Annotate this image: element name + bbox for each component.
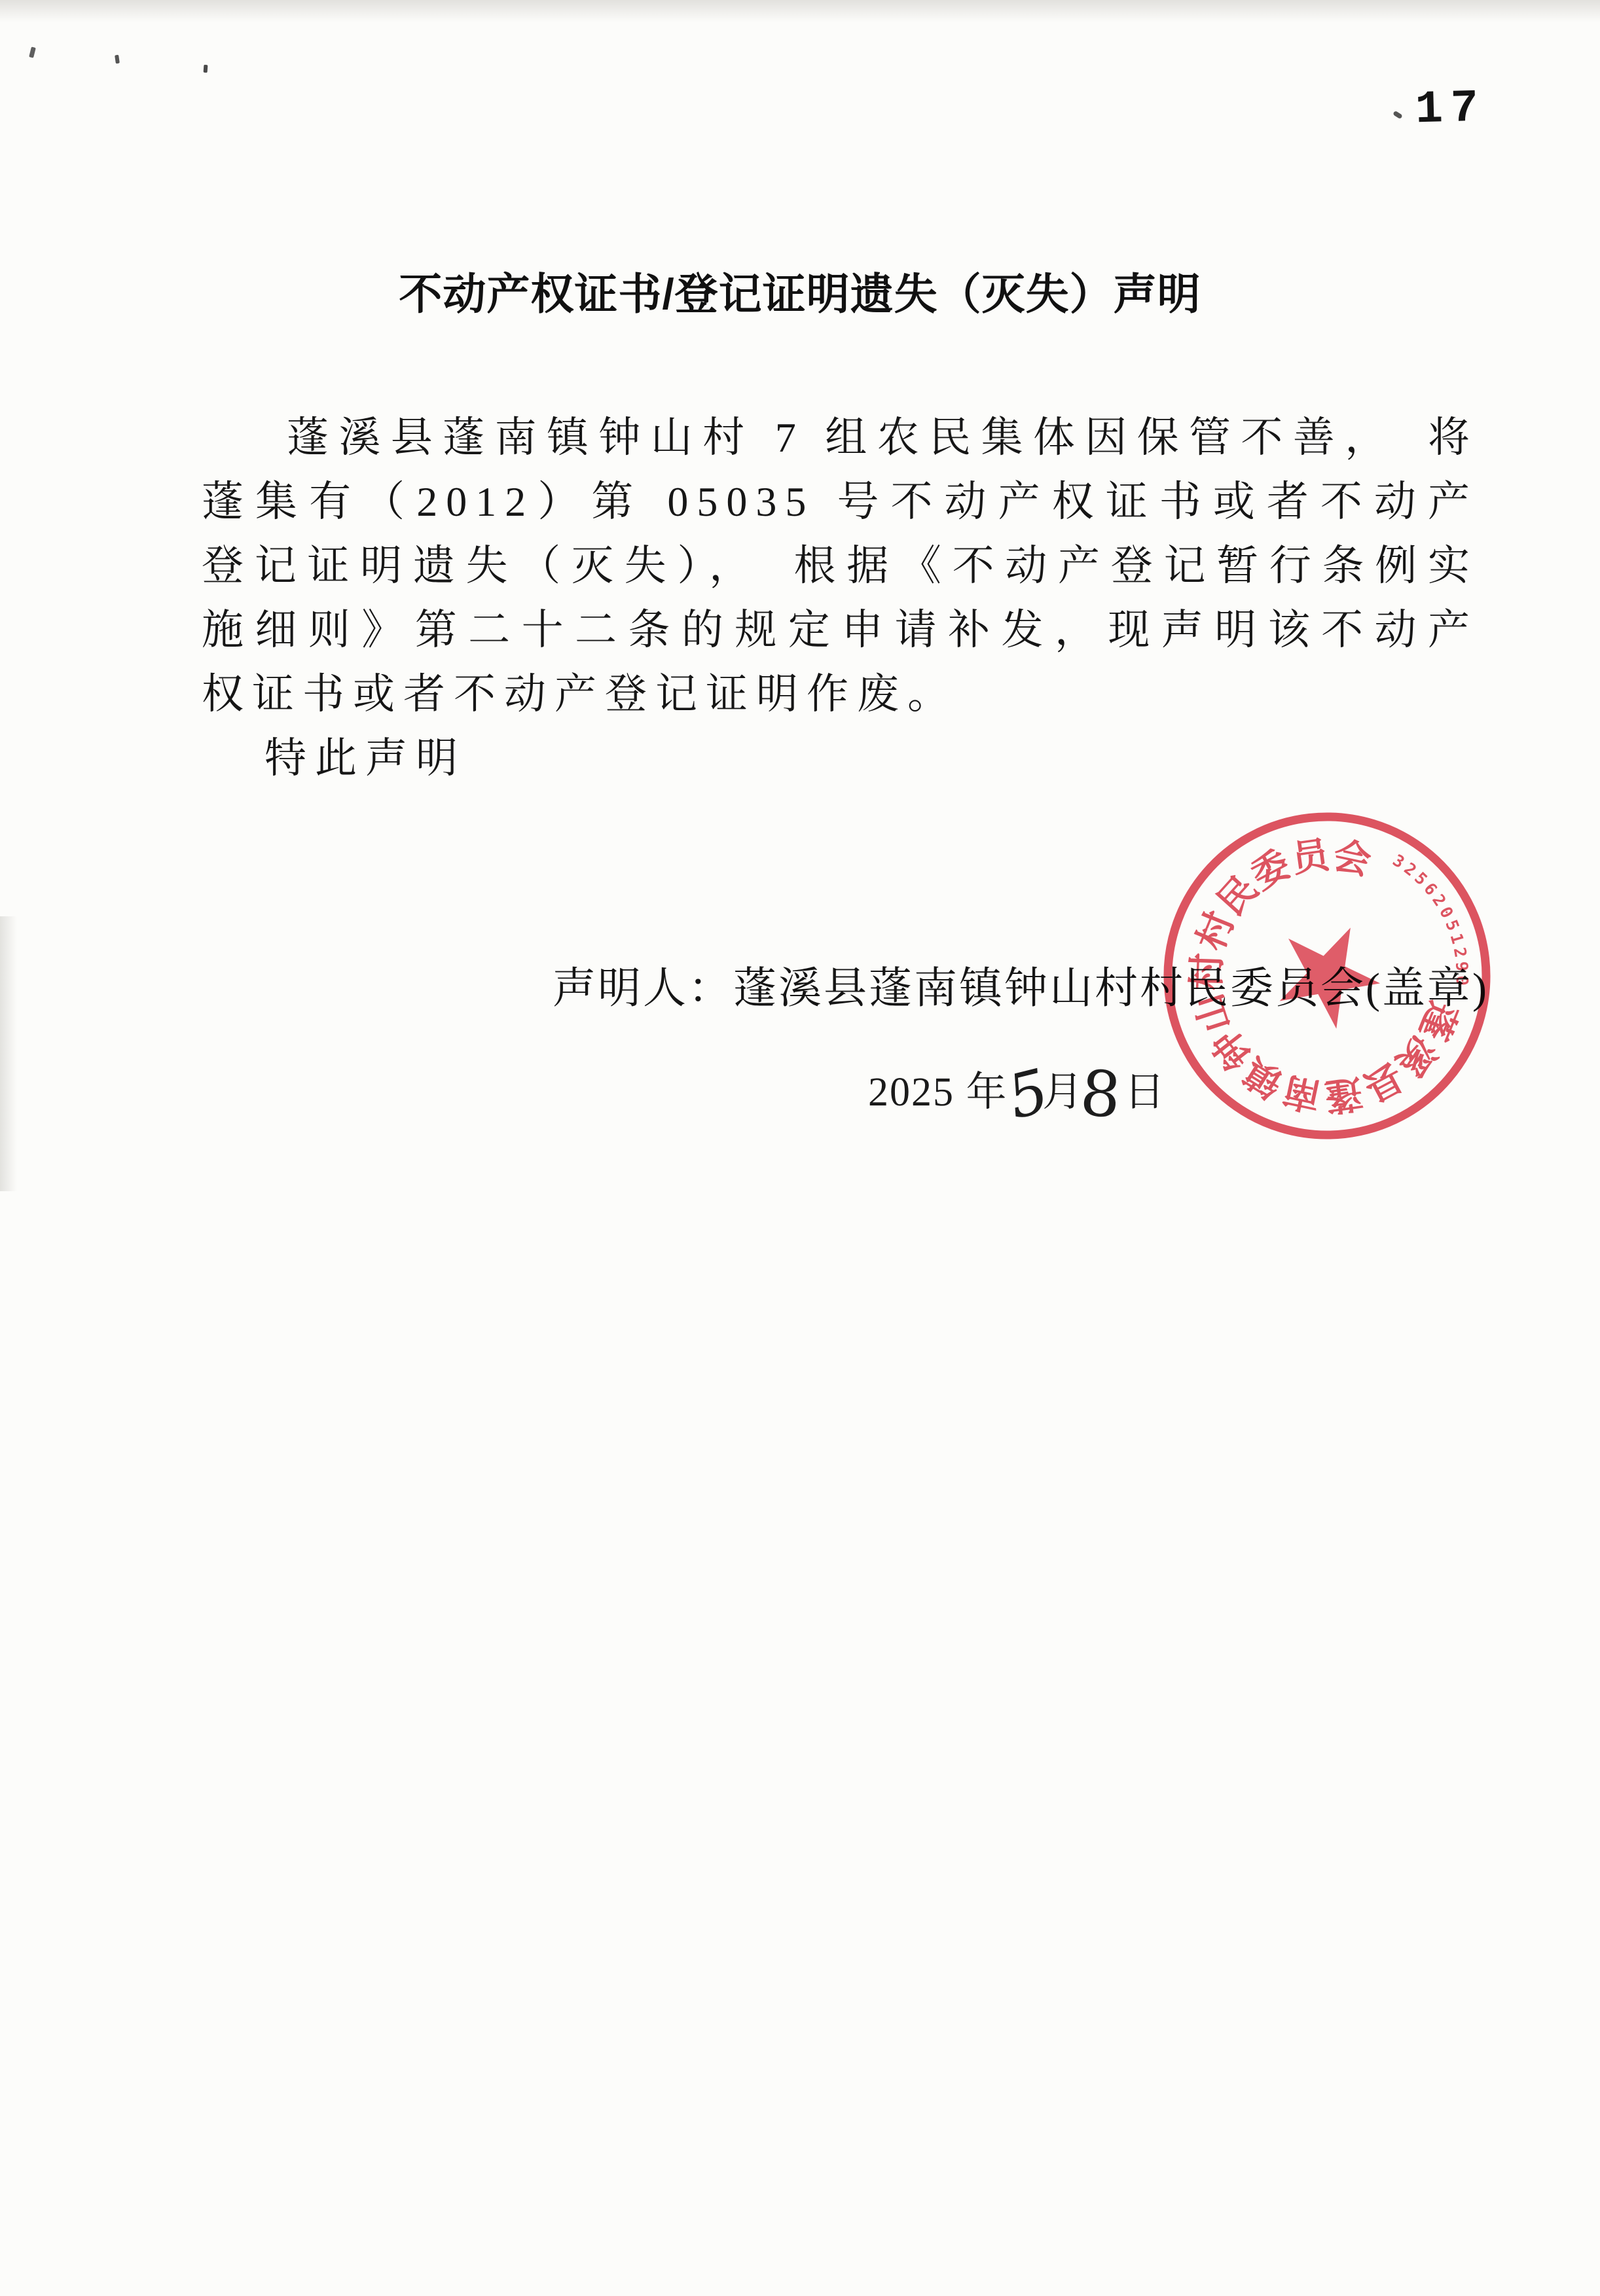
svg-text:5: 5 bbox=[1442, 917, 1463, 933]
scanned-document-page: 17 不动产权证书/登记证明遗失（灭失）声明 蓬溪县蓬南镇钟山村 7 组农民集体… bbox=[0, 0, 1600, 2296]
document-title: 不动产权证书/登记证明遗失（灭失）声明 bbox=[0, 259, 1600, 321]
scan-artifact-top-band bbox=[0, 0, 1600, 22]
body-line: 权证书或者不动产登记证明作废。 bbox=[202, 662, 1478, 726]
date-line: 2025 年5月8日 bbox=[868, 1059, 1166, 1117]
ink-speck bbox=[115, 55, 120, 64]
ink-speck bbox=[1392, 111, 1403, 119]
body-paragraph: 蓬溪县蓬南镇钟山村 7 组农民集体因保管不善， 将 蓬集有（2012）第 050… bbox=[202, 406, 1478, 791]
body-line: 登记证明遗失（灭失）， 根据《不动产登记暂行条例实 bbox=[202, 534, 1478, 598]
svg-text:村: 村 bbox=[1186, 952, 1229, 991]
body-line: 蓬集有（2012）第 05035 号不动产权证书或者不动产 bbox=[202, 470, 1478, 534]
page-number: 17 bbox=[1415, 83, 1487, 137]
svg-text:1: 1 bbox=[1446, 931, 1467, 946]
svg-text:0: 0 bbox=[1453, 975, 1472, 986]
handwritten-month-digit: 5 bbox=[1009, 1090, 1047, 1100]
ink-speck bbox=[29, 46, 36, 58]
scan-artifact-left-shade bbox=[0, 916, 17, 1191]
handwritten-day-digit: 8 bbox=[1081, 1092, 1122, 1096]
ink-speck bbox=[204, 65, 208, 73]
date-year-part: 2025 年 bbox=[868, 1070, 1008, 1115]
svg-text:蓬: 蓬 bbox=[1322, 1071, 1365, 1117]
closing-line: 特此声明 bbox=[202, 726, 1478, 791]
official-red-seal: 蓬溪县蓬南镇钟山村村民委员会 09215026523 bbox=[1157, 806, 1497, 1146]
svg-text:会: 会 bbox=[1330, 835, 1375, 883]
body-line: 蓬溪县蓬南镇钟山村 7 组农民集体因保管不善， 将 bbox=[202, 406, 1478, 470]
svg-text:2: 2 bbox=[1450, 946, 1470, 959]
body-line: 施细则》第二十二条的规定申请补发，现声明该不动产 bbox=[202, 598, 1478, 662]
svg-text:9: 9 bbox=[1452, 961, 1472, 972]
seal-star-icon bbox=[1256, 910, 1389, 1046]
svg-text:员: 员 bbox=[1289, 834, 1334, 881]
